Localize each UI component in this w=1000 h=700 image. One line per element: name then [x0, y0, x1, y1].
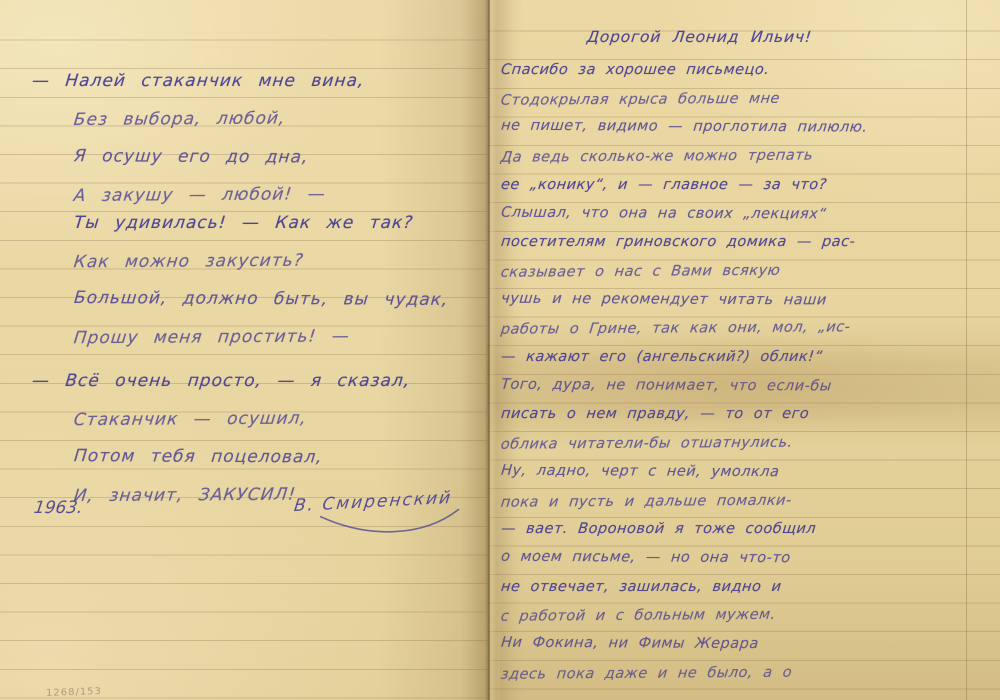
- right-page: Дорогой Леонид Ильич! Спасибо за хорошее…: [487, 0, 1000, 700]
- handwriting-line: Как можно закусить?: [72, 241, 451, 282]
- handwriting-line: чушь и не рекомендует читать наши: [500, 284, 994, 315]
- handwriting-line: о моем письме, — но она что-то: [500, 543, 994, 574]
- handwriting-line: — вает. Вороновой я тоже сообщил: [499, 515, 994, 544]
- handwriting-line: работы о Грине, так как они, мол, „ис-: [499, 313, 995, 345]
- archival-number: 1268/153: [46, 686, 102, 699]
- poem: — Налей стаканчик мне вина,Без выбора, л…: [32, 0, 472, 700]
- handwriting-line: не отвечает, зашилась, видно и: [499, 573, 994, 602]
- handwriting-line: Стаканчик — осушил,: [72, 399, 413, 439]
- handwriting-line: не пишет, видимо — проглотила пилюлю.: [500, 112, 994, 143]
- handwriting-line: Я осушу его до дна,: [72, 137, 366, 177]
- handwriting-line: Того, дура, не понимает, что если-бы: [500, 370, 994, 401]
- handwriting-line: Ты удивилась! — Как же так?: [72, 204, 450, 242]
- handwriting-line: — кажают его (ангельский?) облик!“: [499, 343, 994, 372]
- poem-stanza: Ты удивилась! — Как же так?Как можно зак…: [32, 204, 448, 356]
- left-page: — Налей стаканчик мне вина,Без выбора, л…: [0, 0, 487, 700]
- handwriting-line: — Всё очень просто, — я сказал,: [30, 362, 412, 400]
- handwriting-line: Да ведь сколько-же можно трепать: [499, 140, 995, 172]
- handwriting-line: — Налей стаканчик мне вина,: [30, 62, 366, 100]
- year: 1963.: [33, 498, 84, 518]
- poem-stanza: — Налей стаканчик мне вина,Без выбора, л…: [32, 62, 364, 214]
- handwriting-line: облика читатели-бы отшатнулись.: [499, 427, 995, 459]
- handwriting-line: Спасибо за хорошее письмецо.: [499, 56, 994, 85]
- handwriting-line: с работой и с больным мужем.: [499, 600, 995, 632]
- handwriting-line: Ну, ладно, черт с ней, умолкла: [500, 457, 994, 488]
- handwriting-line: Прошу меня простить! —: [72, 317, 451, 358]
- handwriting-line: Слышал, что она на своих „лекциях“: [500, 198, 994, 229]
- handwriting-line: сказывает о нас с Вами всякую: [499, 255, 995, 287]
- handwriting-line: ее „конику“, и — главное — за что?: [499, 171, 994, 200]
- salutation: Дорогой Леонид Ильич!: [587, 28, 812, 46]
- handwriting-line: Ни Фокина, ни Фимы Жерара: [500, 629, 994, 660]
- handwriting-line: Без выбора, любой,: [72, 99, 367, 139]
- handwriting-line: Большой, должно быть, вы чудак,: [72, 279, 450, 319]
- handwriting-line: Потом тебя поцеловал,: [72, 437, 412, 477]
- handwriting-line: пока и пусть и дальше помалки-: [499, 485, 995, 517]
- poem-stanza: — Всё очень просто, — я сказал,Стаканчик…: [32, 362, 410, 514]
- letter-body: Спасибо за хорошее письмецо.Стодокрылая …: [501, 56, 993, 687]
- handwriting-line: Стодокрылая крыса больше мне: [499, 83, 995, 115]
- handwriting-line: Дорогой Леонид Ильич!: [586, 28, 813, 46]
- handwriting-line: посетителям гриновского домика — рас-: [499, 228, 994, 257]
- letter-scan: — Налей стаканчик мне вина,Без выбора, л…: [0, 0, 1000, 700]
- handwriting-line: писать о нем правду, — то от его: [499, 400, 994, 429]
- handwriting-line: здесь пока даже и не было, а о: [499, 657, 995, 689]
